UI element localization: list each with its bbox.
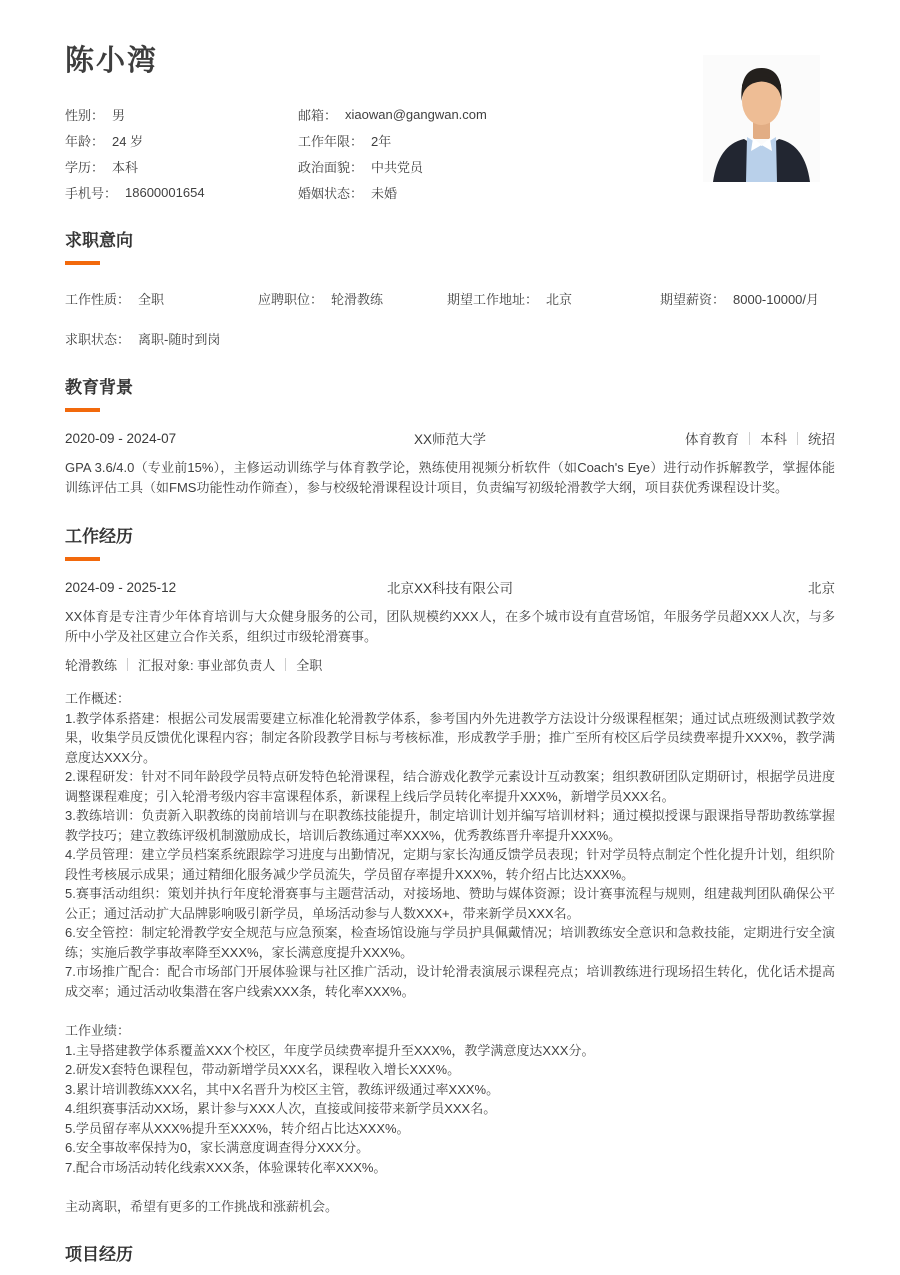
work-achievement-item: 3.累计培训教练XXX名，其中X名晋升为校区主管，教练评级通过率XXX%。 [65, 1080, 835, 1100]
field-value: 未婚 [371, 183, 397, 202]
section-title: 求职意向 [65, 231, 835, 251]
field-label: 期望薪资： [660, 289, 725, 308]
info-work-years: 工作年限： 2年 [298, 131, 391, 150]
info-age: 年龄： 24 岁 [65, 131, 298, 150]
field-label: 应聘职位： [258, 289, 323, 308]
intent-status: 求职状态： 离职-随时到岗 [65, 329, 220, 348]
education-major: 体育教育 [685, 428, 739, 448]
divider [749, 432, 750, 445]
work-achievement-item: 1.主导搭建教学体系覆盖XXX个校区，年度学员续费率提升至XXX%，教学满意度达… [65, 1041, 835, 1061]
field-label: 期望工作地址： [447, 289, 538, 308]
education-school: XX师范大学 [414, 428, 486, 448]
resume-page: 陈小湾 性别： 男 邮箱： xiaowan@gangwan.com [0, 0, 900, 1275]
info-gender: 性别： 男 [65, 105, 298, 124]
work-overview-item: 4.学员管理：建立学员档案系统跟踪学习进度与出勤情况，定期与家长沟通反馈学员表现… [65, 845, 835, 884]
work-overview-item: 7.市场推广配合：配合市场部门开展体验课与社区推广活动，设计轮滑表演展示课程亮点… [65, 962, 835, 1001]
field-label: 求职状态： [65, 329, 130, 348]
divider [797, 432, 798, 445]
field-value: xiaowan@gangwan.com [345, 107, 487, 122]
work-job-type: 全职 [296, 655, 322, 674]
field-value: 离职-随时到岗 [138, 329, 220, 348]
work-achievements-title: 工作业绩： [65, 1021, 835, 1041]
education-meta: 体育教育本科统招 [486, 428, 835, 448]
work-report-to: 汇报对象: 事业部负责人 [138, 655, 275, 674]
work-location: 北京 [513, 577, 835, 597]
field-value: 本科 [112, 157, 138, 176]
education-description: GPA 3.6/4.0（专业前15%），主修运动训练学与体育教学论，熟练使用视频… [65, 458, 835, 497]
field-value: 2年 [371, 131, 391, 150]
field-value: 24 岁 [112, 131, 143, 150]
section-title-underline [65, 261, 100, 265]
field-label: 政治面貌： [298, 157, 363, 176]
education-meta-row: 2020-09 - 2024-07 XX师范大学 体育教育本科统招 [65, 428, 835, 448]
work-company: 北京XX科技有限公司 [387, 577, 513, 597]
work-overview-title: 工作概述： [65, 689, 835, 709]
intent-position: 应聘职位： 轮滑教练 [258, 289, 447, 308]
section-title: 项目经历 [65, 1245, 835, 1265]
work-overview-item: 3.教练培训：负责新入职教练的岗前培训与在职教练技能提升，制定培训计划并编写培训… [65, 806, 835, 845]
work-achievement-item: 5.学员留存率从XXX%提升至XXX%，转介绍占比达XXX%。 [65, 1119, 835, 1139]
field-value: 男 [112, 105, 125, 124]
field-label: 婚姻状态： [298, 183, 363, 202]
section-job-intent: 求职意向 工作性质： 全职 应聘职位： 轮滑教练 期望工作地址： 北京 期望薪资… [65, 231, 835, 348]
field-label: 性别： [65, 105, 104, 124]
divider [127, 658, 128, 671]
info-marital-status: 婚姻状态： 未婚 [298, 183, 397, 202]
info-row: 手机号： 18600001654 婚姻状态： 未婚 [65, 179, 835, 205]
section-education: 教育背景 2020-09 - 2024-07 XX师范大学 体育教育本科统招 G… [65, 378, 835, 497]
intent-row: 工作性质： 全职 应聘职位： 轮滑教练 期望工作地址： 北京 期望薪资： 800… [65, 289, 835, 308]
field-label: 工作性质： [65, 289, 130, 308]
work-overview-item: 5.赛事活动组织：策划并执行年度轮滑赛事与主题营活动，对接场地、赞助与媒体资源；… [65, 884, 835, 923]
education-period: 2020-09 - 2024-07 [65, 431, 414, 446]
intent-row: 求职状态： 离职-随时到岗 [65, 329, 835, 348]
info-phone: 手机号： 18600001654 [65, 183, 298, 202]
work-overview-item: 6.安全管控：制定轮滑教学安全规范与应急预案，检查场馆设施与学员护具佩戴情况；培… [65, 923, 835, 962]
intent-location: 期望工作地址： 北京 [447, 289, 660, 308]
field-value: 北京 [546, 289, 572, 308]
field-label: 邮箱： [298, 105, 337, 124]
company-intro: XX体育是专注青少年体育培训与大众健身服务的公司，团队规模约XXX人，在多个城市… [65, 607, 835, 646]
work-achievement-item: 2.研发X套特色课程包，带动新增学员XXX名，课程收入增长XXX%。 [65, 1060, 835, 1080]
field-value: 轮滑教练 [331, 289, 383, 308]
field-label: 年龄： [65, 131, 104, 150]
work-overview-item: 1.教学体系搭建：根据公司发展需要建立标准化轮滑教学体系，参考国内外先进教学方法… [65, 709, 835, 768]
work-achievement-item: 7.配合市场活动转化线索XXX条，体验课转化率XXX%。 [65, 1158, 835, 1178]
info-political-status: 政治面貌： 中共党员 [298, 157, 423, 176]
work-meta-row: 2024-09 - 2025-12 北京XX科技有限公司 北京 [65, 577, 835, 597]
field-value: 全职 [138, 289, 164, 308]
work-period: 2024-09 - 2025-12 [65, 580, 387, 595]
profile-photo [703, 55, 820, 182]
work-position: 轮滑教练 [65, 655, 117, 674]
field-label: 学历： [65, 157, 104, 176]
section-title-underline [65, 408, 100, 412]
section-work: 工作经历 2024-09 - 2025-12 北京XX科技有限公司 北京 XX体… [65, 527, 835, 1217]
leave-reason: 主动离职，希望有更多的工作挑战和涨薪机会。 [65, 1197, 835, 1217]
field-value: 中共党员 [371, 157, 423, 176]
education-enroll-type: 统招 [808, 428, 835, 448]
profile-photo-image [703, 55, 820, 182]
work-achievements: 工作业绩： 1.主导搭建教学体系覆盖XXX个校区，年度学员续费率提升至XXX%，… [65, 1021, 835, 1177]
intent-salary: 期望薪资： 8000-10000/月 [660, 289, 819, 308]
section-title: 教育背景 [65, 378, 835, 398]
work-overview-item: 2.课程研发：针对不同年龄段学员特点研发特色轮滑课程，结合游戏化教学元素设计互动… [65, 767, 835, 806]
section-title: 工作经历 [65, 527, 835, 547]
work-achievement-item: 4.组织赛事活动XX场，累计参与XXX人次，直接或间接带来新学员XXX名。 [65, 1099, 835, 1119]
section-title-underline [65, 557, 100, 561]
section-projects: 项目经历 [65, 1245, 835, 1275]
divider [285, 658, 286, 671]
education-degree: 本科 [760, 428, 787, 448]
field-value: 18600001654 [125, 185, 205, 200]
info-degree: 学历： 本科 [65, 157, 298, 176]
work-position-row: 轮滑教练汇报对象: 事业部负责人全职 [65, 655, 322, 674]
field-label: 手机号： [65, 183, 117, 202]
work-achievement-item: 6.安全事故率保持为0，家长满意度调查得分XXX分。 [65, 1138, 835, 1158]
field-value: 8000-10000/月 [733, 289, 819, 308]
field-label: 工作年限： [298, 131, 363, 150]
info-email: 邮箱： xiaowan@gangwan.com [298, 105, 487, 124]
intent-job-nature: 工作性质： 全职 [65, 289, 258, 308]
work-overview: 工作概述： 1.教学体系搭建：根据公司发展需要建立标准化轮滑教学体系，参考国内外… [65, 689, 835, 1001]
